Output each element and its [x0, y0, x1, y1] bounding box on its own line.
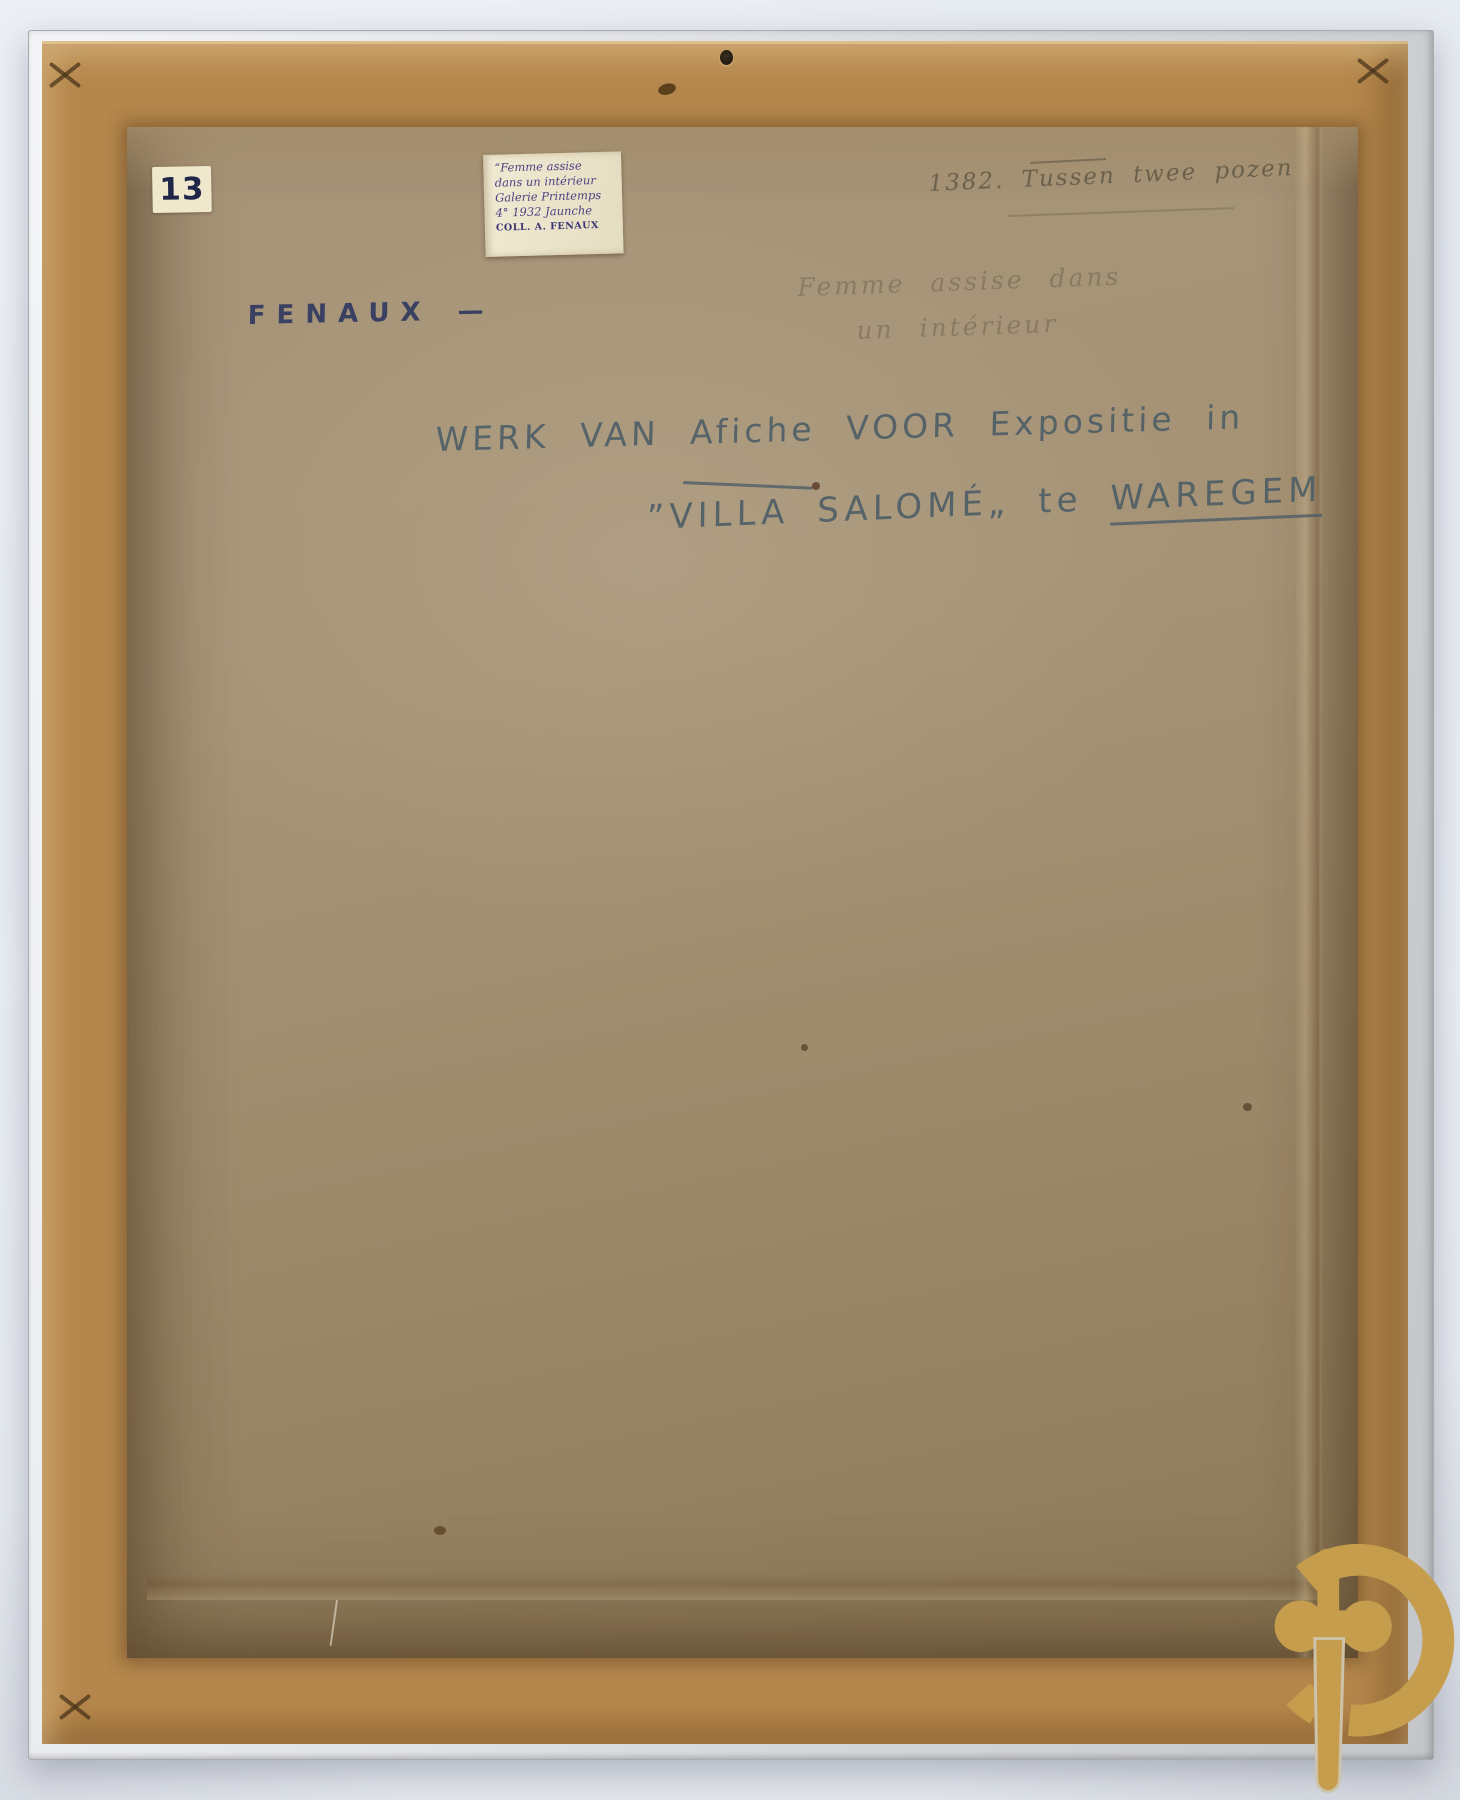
underlined-word-waregem: WAREGEM	[1110, 470, 1323, 526]
pencil-x-mark-top-right	[1356, 56, 1390, 86]
stain-dot	[434, 1526, 446, 1535]
lot-number: 13	[159, 171, 205, 208]
label-line: 4° 1932 Jaunche	[495, 202, 618, 220]
paper-fold	[147, 1574, 1338, 1600]
note-text: WERK VAN	[435, 413, 691, 459]
collection-label: “Femme assise dans un intérieur Galerie …	[483, 151, 624, 257]
pencil-x-mark-bottom-left	[58, 1692, 92, 1722]
lot-number-sticker: 13	[152, 166, 212, 213]
photo-of-frame-back: 13 “Femme assise dans un intérieur Galer…	[0, 0, 1460, 1800]
stain-dot	[801, 1044, 808, 1051]
silver-outer-frame	[28, 30, 1434, 1760]
auction-gavel-logo-icon	[1253, 1523, 1460, 1800]
artist-name-inscription: FENAUX —	[248, 296, 495, 331]
stain-dot	[1243, 1103, 1252, 1111]
paper-backing	[127, 127, 1358, 1658]
wood-stretcher-frame	[42, 41, 1408, 1744]
pencil-x-mark-top-left	[48, 60, 82, 90]
ink-dot	[812, 482, 820, 490]
underlined-word-afiche: Afiche	[690, 409, 816, 452]
label-line: COLL. A. FENAUX	[496, 219, 619, 235]
hanging-hole	[720, 50, 733, 65]
